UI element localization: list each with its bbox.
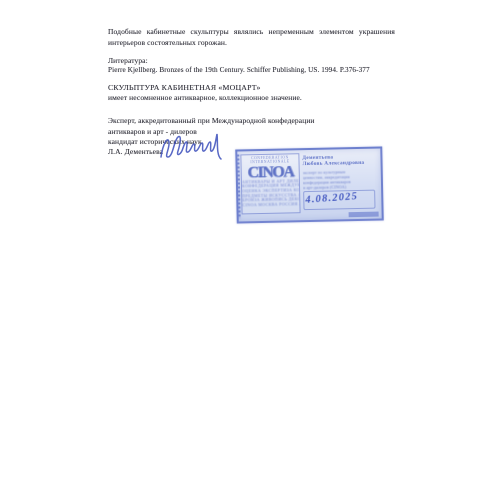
expert-line-1: Эксперт, аккредитованный при Международн…	[108, 116, 315, 125]
stamp-cinoa-logo-panel: CONFEDERATION INTERNATIONALE CINOA АНТИК…	[240, 153, 300, 214]
stamp-name-line-2: Любовь Александровна	[303, 160, 376, 168]
literature-label: Литература:	[108, 56, 148, 65]
literature-reference: Pierre Kjellberg. Bronzes of the 19th Ce…	[108, 66, 370, 74]
expert-stamp: CONFEDERATION INTERNATIONALE CINOA АНТИК…	[235, 146, 384, 223]
scanned-expertise-document: Подобные кабинетные скульптуры являлись …	[0, 0, 500, 500]
stamp-texture-line: CINOA МОСКВА РОССИЯ АРТ	[242, 202, 299, 208]
object-conclusion: имеет несомненное антикварное, коллекцио…	[108, 93, 302, 102]
stamp-text-panel: Дементьева Любовь Александровна эксперт …	[302, 152, 376, 216]
object-title: СКУЛЬПТУРА КАБИНЕТНАЯ «МОЦАРТ»	[108, 83, 261, 92]
stamp-bottom-bar	[349, 212, 379, 218]
expert-signature-ink	[158, 130, 228, 166]
paragraph-line-2: интерьеров состоятельных горожан.	[108, 38, 227, 47]
expert-name: Л.А. Дементьева	[108, 147, 163, 156]
paragraph-line-1: Подобные кабинетные скульптуры являлись …	[108, 27, 395, 36]
